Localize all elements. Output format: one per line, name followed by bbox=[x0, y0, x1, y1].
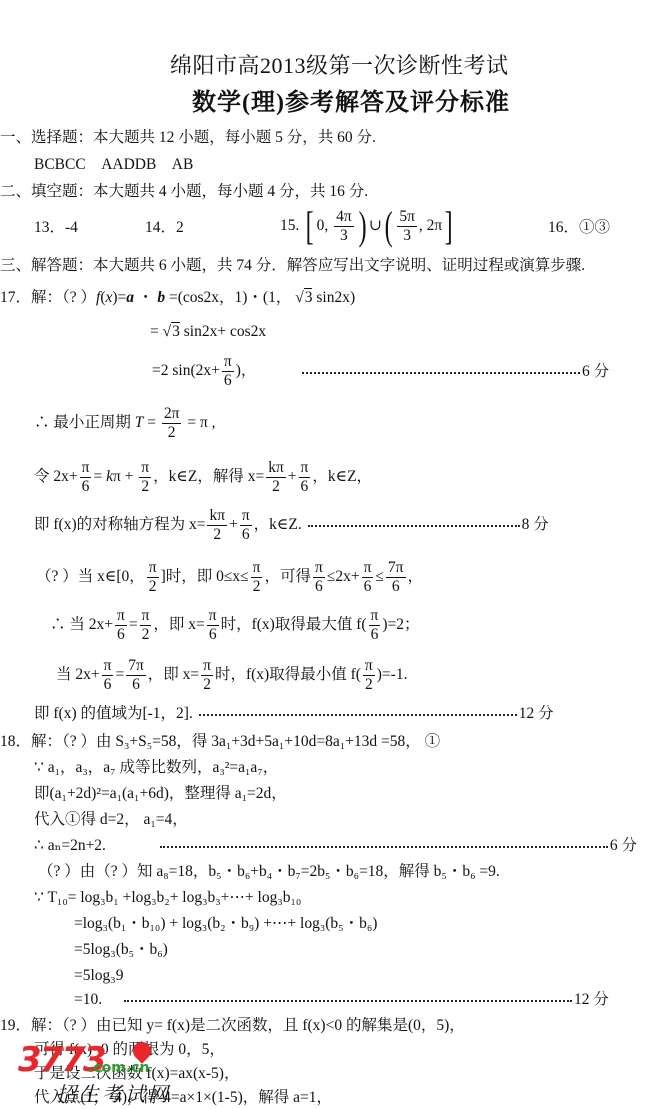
q18-line7: ∵ T₁₀= log₃b₁ +log₃b₂+ log₃b₃+⋯+ log₃b₁₀ bbox=[34, 888, 301, 908]
answer-q16: 16．①③ bbox=[548, 218, 610, 238]
q17-max-value: ∴ 当 2x+π6=π2，即 x=π6时，f(x)取得最大值 f(π6)=2； bbox=[50, 606, 420, 644]
q18-line8: =log₃(b₁・b₁₀) + log₃(b₂・b₉) +⋯+ log₃(b₅・… bbox=[74, 914, 377, 934]
score-12: 12 分 bbox=[519, 705, 554, 722]
q19-line1: 19．解：（? ）由已知 y= f(x)是二次函数，且 f(x)<0 的解集是(… bbox=[0, 1016, 465, 1036]
sqrt-3: √3 bbox=[295, 288, 312, 308]
score-6: 6 分 bbox=[582, 363, 609, 380]
q18-line4: 代入①得 d=2， a₁=4， bbox=[34, 810, 188, 830]
fraction: 5π3 bbox=[397, 208, 417, 245]
q18-line3: 即(a₁+2d)²=a₁(a₁+6d)，整理得 a₁=2d， bbox=[34, 784, 287, 804]
fraction: 4π3 bbox=[334, 208, 354, 245]
q18-line6: （? ）由（? ）知 a₈=18，b₅・b₆+b₄・b₇=2b₅・b₆=18，解… bbox=[38, 862, 500, 882]
q17-line3: =2 sin(2x+π6)， bbox=[152, 352, 256, 390]
answer-q14: 14．2 bbox=[145, 218, 184, 238]
q17-symmetry-eq: 令 2x+π6= kπ + π2，k∈Z，解得 x=kπ2+π6，k∈Z， bbox=[34, 458, 372, 496]
q15-label: 15. bbox=[280, 217, 299, 234]
q18-line9: =5log₃(b₅・b₆) bbox=[74, 940, 168, 960]
right-bracket: ] bbox=[445, 206, 453, 246]
section2-heading: 二、填空题：本大题共 4 小题，每小题 4 分，共 16 分. bbox=[0, 182, 368, 202]
q18-line2: ∵ a₁，a₃，a₇ 成等比数列，a₃²=a₁a₇， bbox=[34, 758, 278, 778]
q18-line1: 18．解：（? ）由 S₃+S₅=58，得 3a₁+3d+5a₁+10d=8a₁… bbox=[0, 732, 440, 752]
score-6: 6 分 bbox=[610, 837, 637, 854]
q18-line10: =5log₃9 bbox=[74, 966, 123, 986]
q17-value-range: 即 f(x) 的值域为[-1，2]. 12 分 bbox=[34, 704, 554, 724]
q17-score-row-6: 6 分 bbox=[300, 362, 609, 382]
watermark-domain: .com.cn bbox=[88, 1060, 149, 1076]
score-12: 12 分 bbox=[574, 991, 609, 1008]
q17-line2: = √3 sin2x+ cos2x bbox=[150, 322, 266, 342]
sqrt-3: √3 bbox=[163, 322, 180, 342]
section1-heading: 一、选择题：本大题共 12 小题，每小题 5 分，共 60 分. bbox=[0, 128, 376, 148]
answer-q15: 15. [0, 4π3)∪(5π3, 2π] bbox=[280, 206, 456, 246]
document-title: 绵阳市高2013级第一次诊断性考试 bbox=[170, 56, 509, 76]
answer-q13: 13．-4 bbox=[34, 218, 78, 238]
document-subtitle: 数学(理)参考解答及评分标准 bbox=[192, 93, 510, 113]
score-8: 8 分 bbox=[522, 516, 549, 533]
q17-line1: 17．解：（? ）f(x)=a ・ b =(cos2x，1)・(1， √3 si… bbox=[0, 288, 355, 308]
multiple-choice-answers: BCBCC AADDB AB bbox=[34, 155, 193, 175]
q18-line5: ∴ aₙ=2n+2. 6 分 bbox=[34, 836, 637, 856]
q17-part2-range: （? ）当 x∈[0，π2]时，即 0≤x≤π2，可得π6≤2x+π6≤7π6， bbox=[36, 558, 423, 596]
section3-heading: 三、解答题：本大题共 6 小题，共 74 分．解答应写出文字说明、证明过程或演算… bbox=[0, 256, 585, 276]
q18-line11: =10. 12 分 bbox=[74, 990, 609, 1010]
q17-period: ∴ 最小正周期 T = 2π2 = π , bbox=[34, 404, 216, 442]
q17-symmetry-axis: 即 f(x)的对称轴方程为 x=kπ2+π6，k∈Z. 8 分 bbox=[34, 506, 549, 544]
q17-min-value: 当 2x+π6=7π6，即 x=π2时，f(x)取得最小值 f(π2)=-1. bbox=[56, 656, 407, 694]
watermark-name: 招生考试网 bbox=[56, 1078, 171, 1107]
left-bracket: [ bbox=[306, 206, 314, 246]
